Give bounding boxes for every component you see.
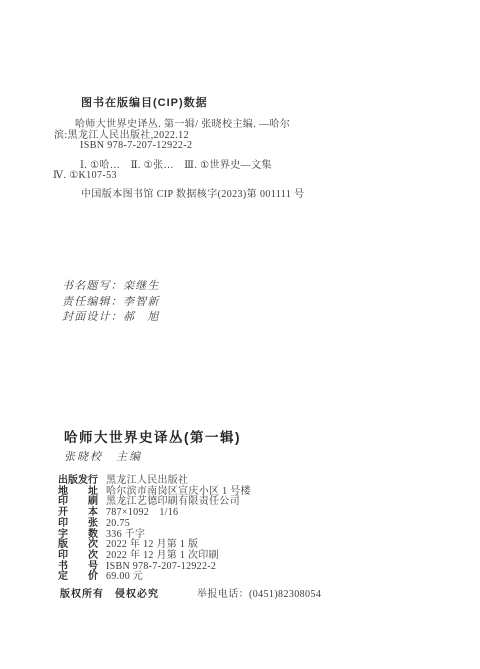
book-editor: 张晓校 主编 <box>64 452 142 464</box>
cip-record-number-line: 中国版本图书馆 CIP 数据核字(2023)第 001111 号 <box>81 190 305 201</box>
publication-label: 印 张 <box>58 519 99 530</box>
book-copyright-page: 图书在版编目(CIP)数据 哈师大世界史译丛. 第一辑/ 张晓校主编. —哈尔 … <box>0 0 480 669</box>
publication-info: 出版发行 黑龙江人民出版社 地 址 哈尔滨市南岗区宣庆小区 1 号楼 印 刷 黑… <box>58 476 251 583</box>
copyright-notice: 版权所有 侵权必究 <box>60 590 159 601</box>
credit-line-title-calligraphy: 书名题写：栾继生 <box>62 279 160 295</box>
credit-value: 李智新 <box>123 296 160 308</box>
publication-label: 定 价 <box>58 572 99 583</box>
credit-label: 书名题写： <box>62 280 123 292</box>
credit-value: 郝 旭 <box>123 311 160 323</box>
credit-value: 栾继生 <box>123 280 160 292</box>
cip-section-title: 图书在版编目(CIP)数据 <box>81 98 208 110</box>
publication-row-sheets: 印 张 20.75 <box>58 519 251 530</box>
publication-value: 20.75 <box>106 519 130 530</box>
credit-line-cover-design: 封面设计：郝 旭 <box>62 310 160 326</box>
credit-label: 责任编辑： <box>62 296 123 308</box>
cip-isbn-line: ISBN 978-7-207-12922-2 <box>80 141 192 152</box>
book-title: 哈师大世界史译丛(第一辑) <box>64 431 241 446</box>
cip-classification-line-2: Ⅳ. ①K107-53 <box>53 171 117 182</box>
credit-label: 封面设计： <box>62 311 123 323</box>
publication-row-price: 定 价 69.00 元 <box>58 572 251 583</box>
credit-line-responsible-editor: 责任编辑：李智新 <box>62 295 160 311</box>
publication-value: 69.00 元 <box>106 572 143 583</box>
report-phone: 举报电话：(0451)82308054 <box>197 590 321 601</box>
credits-block: 书名题写：栾继生 责任编辑：李智新 封面设计：郝 旭 <box>62 279 160 326</box>
